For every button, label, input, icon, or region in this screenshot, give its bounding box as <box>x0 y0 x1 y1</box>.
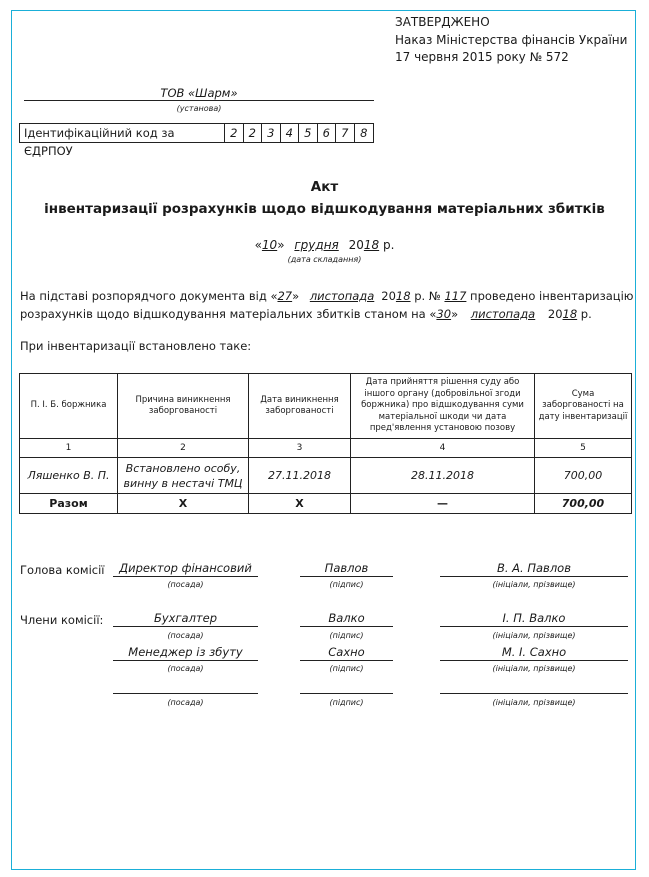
member-position-field[interactable]: Бухгалтер <box>113 611 258 627</box>
approval-line-3: 17 червня 2015 року № 572 <box>395 49 627 67</box>
basis-text: проведено інвентаризацію <box>466 289 633 303</box>
total-amount: 700,00 <box>535 494 632 514</box>
compile-date-caption: (дата складання) <box>0 255 649 264</box>
edrpou-digit[interactable]: 2 <box>244 124 263 142</box>
caption-name: (ініціали, прізвище) <box>440 580 628 589</box>
caption-signature: (підпис) <box>300 664 393 673</box>
total-cell: Х <box>118 494 249 514</box>
edrpou-digit[interactable]: 7 <box>336 124 355 142</box>
table-total-row: Разом Х Х — 700,00 <box>20 494 632 514</box>
organization-name-field[interactable]: ТОВ «Шарм» <box>24 86 374 101</box>
edrpou-label: Ідентифікаційний код за ЄДРПОУ <box>20 124 225 142</box>
basis-paragraph: На підставі розпорядчого документа від «… <box>20 287 635 323</box>
column-index: 3 <box>249 439 351 458</box>
table-row: Ляшенко В. П. Встановлено особу, винну в… <box>20 458 632 494</box>
approval-stamp: ЗАТВЕРДЖЕНО Наказ Міністерства фінансів … <box>395 14 627 67</box>
total-cell: Х <box>249 494 351 514</box>
cell-debt-date[interactable]: 27.11.2018 <box>249 458 351 494</box>
quote-close: » <box>277 238 284 252</box>
column-index: 4 <box>351 439 535 458</box>
basis-state-month[interactable]: листопада <box>462 307 544 321</box>
organization-caption: (установа) <box>24 104 374 113</box>
column-index: 5 <box>535 439 632 458</box>
member-position-field[interactable] <box>113 678 258 694</box>
edrpou-digit[interactable]: 5 <box>299 124 318 142</box>
total-cell: — <box>351 494 535 514</box>
compile-year-prefix: 20 <box>349 238 364 252</box>
edrpou-box: Ідентифікаційний код за ЄДРПОУ 2 2 3 4 5… <box>19 123 374 143</box>
basis-text: » <box>292 289 299 303</box>
basis-text: » <box>451 307 458 321</box>
edrpou-digit[interactable]: 8 <box>355 124 374 142</box>
findings-intro: При інвентаризації встановлено таке: <box>20 339 251 353</box>
compile-year-unit: р. <box>383 238 394 252</box>
quote-open: « <box>255 238 262 252</box>
caption-position: (посада) <box>113 631 258 640</box>
compile-year-suffix[interactable]: 18 <box>364 238 379 252</box>
basis-text: На підставі розпорядчого документа від « <box>20 289 277 303</box>
edrpou-digit[interactable]: 6 <box>318 124 337 142</box>
cell-debt-amount[interactable]: 700,00 <box>535 458 632 494</box>
column-index: 2 <box>118 439 249 458</box>
member-signature-field[interactable] <box>300 678 393 694</box>
document-title: Акт <box>0 179 649 195</box>
caption-position: (посада) <box>113 664 258 673</box>
edrpou-digit[interactable]: 4 <box>281 124 300 142</box>
total-label: Разом <box>20 494 118 514</box>
chair-signature-field[interactable]: Павлов <box>300 561 393 577</box>
header-decision-date: Дата прийняття рішення суду або іншого о… <box>351 374 535 439</box>
basis-year-prefix: 20 <box>381 289 396 303</box>
basis-text: р. <box>577 307 592 321</box>
header-debt-reason: Причина виникнення заборгованості <box>118 374 249 439</box>
basis-doc-number[interactable]: 117 <box>444 289 466 303</box>
edrpou-digit[interactable]: 2 <box>225 124 244 142</box>
header-debt-amount: Сума заборгованості на дату інвентаризац… <box>535 374 632 439</box>
basis-doc-year-suffix[interactable]: 18 <box>396 289 411 303</box>
basis-doc-day[interactable]: 27 <box>277 289 292 303</box>
basis-state-day[interactable]: 30 <box>436 307 451 321</box>
header-debt-date: Дата виникнення заборгованості <box>249 374 351 439</box>
approval-line-2: Наказ Міністерства фінансів України <box>395 32 627 50</box>
compile-date: «10» грудня 2018 р. <box>0 238 649 252</box>
caption-name: (ініціали, прізвище) <box>440 698 628 707</box>
basis-text: р. № <box>411 289 445 303</box>
chair-name-field[interactable]: В. А. Павлов <box>440 561 628 577</box>
basis-text: розрахунків щодо відшкодування матеріаль… <box>20 307 436 321</box>
compile-month[interactable]: грудня <box>288 238 344 252</box>
member-name-field[interactable] <box>440 678 628 694</box>
caption-signature: (підпис) <box>300 698 393 707</box>
basis-year-prefix: 20 <box>548 307 563 321</box>
caption-name: (ініціали, прізвище) <box>440 631 628 640</box>
column-index: 1 <box>20 439 118 458</box>
inventory-table: П. І. Б. боржника Причина виникнення заб… <box>19 373 632 514</box>
basis-state-year-suffix[interactable]: 18 <box>563 307 578 321</box>
caption-signature: (підпис) <box>300 631 393 640</box>
caption-signature: (підпис) <box>300 580 393 589</box>
caption-position: (посада) <box>113 698 258 707</box>
member-signature-field[interactable]: Валко <box>300 611 393 627</box>
chair-label: Голова комісії <box>20 563 104 577</box>
basis-doc-month[interactable]: листопада <box>303 289 381 303</box>
header-debtor-name: П. І. Б. боржника <box>20 374 118 439</box>
member-position-field[interactable]: Менеджер із збуту <box>113 645 258 661</box>
table-index-row: 1 2 3 4 5 <box>20 439 632 458</box>
cell-debtor-name[interactable]: Ляшенко В. П. <box>20 458 118 494</box>
cell-decision-date[interactable]: 28.11.2018 <box>351 458 535 494</box>
approval-line-1: ЗАТВЕРДЖЕНО <box>395 14 627 32</box>
caption-name: (ініціали, прізвище) <box>440 664 628 673</box>
chair-position-field[interactable]: Директор фінансовий <box>113 561 258 577</box>
cell-debt-reason[interactable]: Встановлено особу, винну в нестачі ТМЦ <box>118 458 249 494</box>
caption-position: (посада) <box>113 580 258 589</box>
document-subtitle: інвентаризації розрахунків щодо відшкоду… <box>0 201 649 217</box>
members-label: Члени комісії: <box>20 613 103 627</box>
member-signature-field[interactable]: Сахно <box>300 645 393 661</box>
compile-day[interactable]: 10 <box>262 238 277 252</box>
edrpou-digit[interactable]: 3 <box>262 124 281 142</box>
member-name-field[interactable]: М. І. Сахно <box>440 645 628 661</box>
member-name-field[interactable]: І. П. Валко <box>440 611 628 627</box>
table-header-row: П. І. Б. боржника Причина виникнення заб… <box>20 374 632 439</box>
